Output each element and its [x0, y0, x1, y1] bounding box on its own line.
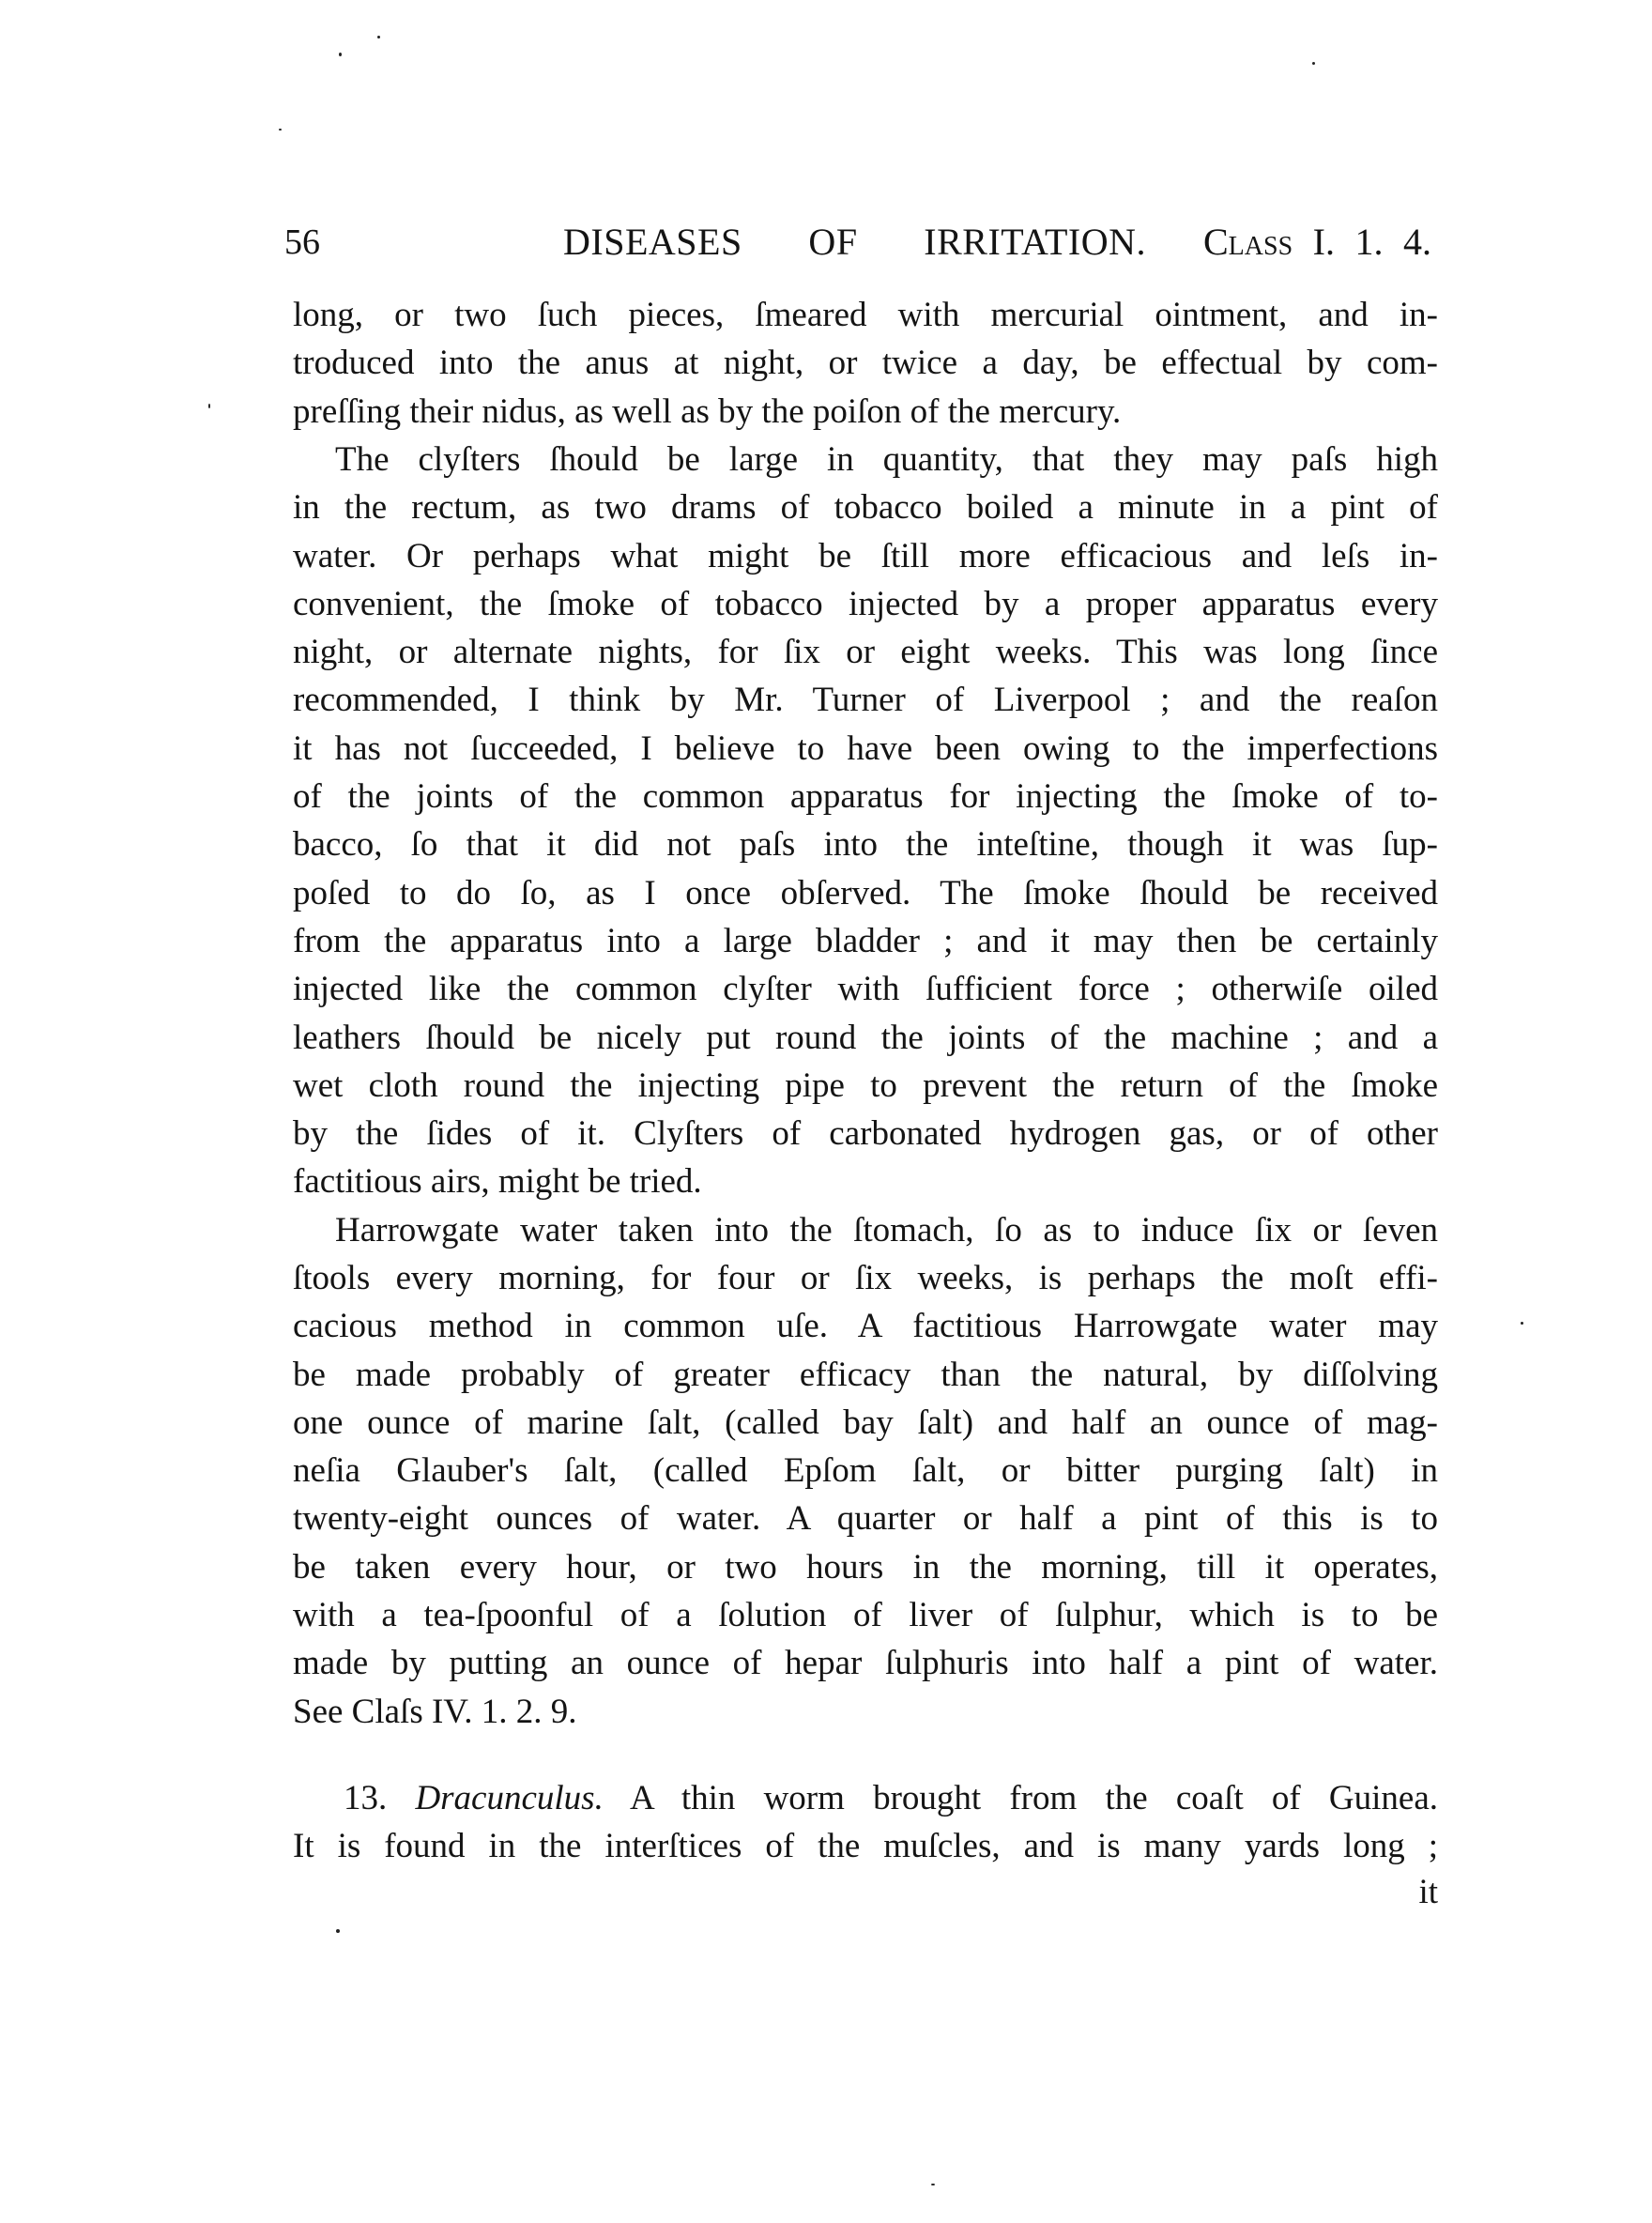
text-line: ſtools every morning, for four or ſix we…: [293, 1261, 1438, 1295]
text-line: convenient, the ſmoke of tobacco injecte…: [293, 587, 1438, 621]
page-number: 56: [284, 223, 320, 261]
scan-speck: [931, 2184, 935, 2185]
text-line: twenty-eight ounces of water. A quarter …: [293, 1501, 1438, 1536]
section-heading-line: 13. Dracunculus. A thin worm brought fro…: [344, 1781, 1438, 1816]
scan-speck: [279, 129, 282, 130]
text-line: made by putting an ounce of hepar ſulphu…: [293, 1646, 1438, 1680]
scan-speck: [339, 53, 342, 56]
text-line: with a tea-ſpoonful of a ſolution of liv…: [293, 1598, 1438, 1633]
text-line: one ounce of marine ſalt, (called bay ſa…: [293, 1405, 1438, 1440]
text-line-paragraph-start: The clyſters ſhould be large in quantity…: [335, 442, 1438, 477]
book-page: 56 DISEASES OF IRRITATION. Class I. 1. 4…: [0, 0, 1652, 2223]
text-line: of the joints of the common apparatus fo…: [293, 779, 1438, 814]
text-line: long, or two ſuch pieces, ſmeared with m…: [293, 298, 1438, 332]
section-text: A thin worm brought from the coaſt of Gu…: [630, 1779, 1438, 1817]
text-line-paragraph-end: factitious airs, might be tried.: [293, 1164, 1438, 1199]
text-line: cacious method in common uſe. A factitio…: [293, 1309, 1438, 1343]
section-reference: Class I. 1. 4.: [1203, 223, 1431, 261]
text-line: night, or alternate nights, for ſix or e…: [293, 635, 1438, 669]
text-line: troduced into the anus at night, or twic…: [293, 345, 1438, 380]
text-line: bacco, ſo that it did not paſs into the …: [293, 827, 1438, 862]
text-line-paragraph-start: Harrowgate water taken into the ſtomach,…: [335, 1213, 1438, 1248]
text-line: be made probably of greater efficacy tha…: [293, 1357, 1438, 1392]
text-line: be taken every hour, or two hours in the…: [293, 1550, 1438, 1585]
scan-speck: [377, 36, 380, 38]
scan-speck: [336, 1929, 340, 1933]
cross-reference: See Claſs IV. 1. 2. 9.: [293, 1694, 1438, 1729]
scan-speck: [1312, 62, 1315, 65]
text-line: recommended, I think by Mr. Turner of Li…: [293, 682, 1438, 717]
running-title: DISEASES OF IRRITATION.: [563, 223, 1146, 261]
text-line: neſia Glauber's ſalt, (called Epſom ſalt…: [293, 1453, 1438, 1488]
section-number: 13.: [344, 1779, 387, 1817]
section-title: Dracunculus.: [415, 1779, 603, 1817]
text-line: injected like the common clyſter with ſu…: [293, 972, 1438, 1006]
scan-speck: [1521, 1322, 1523, 1325]
scan-speck: [208, 404, 210, 408]
text-line: it has not ſucceeded, I believe to have …: [293, 731, 1438, 766]
text-line: leathers ſhould be nicely put round the …: [293, 1020, 1438, 1055]
text-line: It is found in the interſtices of the mu…: [293, 1829, 1438, 1863]
text-line: by the ſides of it. Clyſters of carbonat…: [293, 1116, 1438, 1151]
text-line: in the rectum, as two drams of tobacco b…: [293, 490, 1438, 525]
text-line-paragraph-end: preſſing their nidus, as well as by the …: [293, 394, 1438, 429]
text-line: wet cloth round the injecting pipe to pr…: [293, 1068, 1438, 1103]
text-line: from the apparatus into a large bladder …: [293, 924, 1438, 958]
text-line: water. Or perhaps what might be ſtill mo…: [293, 539, 1438, 574]
text-line: poſed to do ſo, as I once obſerved. The …: [293, 876, 1438, 911]
catchword: it: [293, 1875, 1438, 1909]
